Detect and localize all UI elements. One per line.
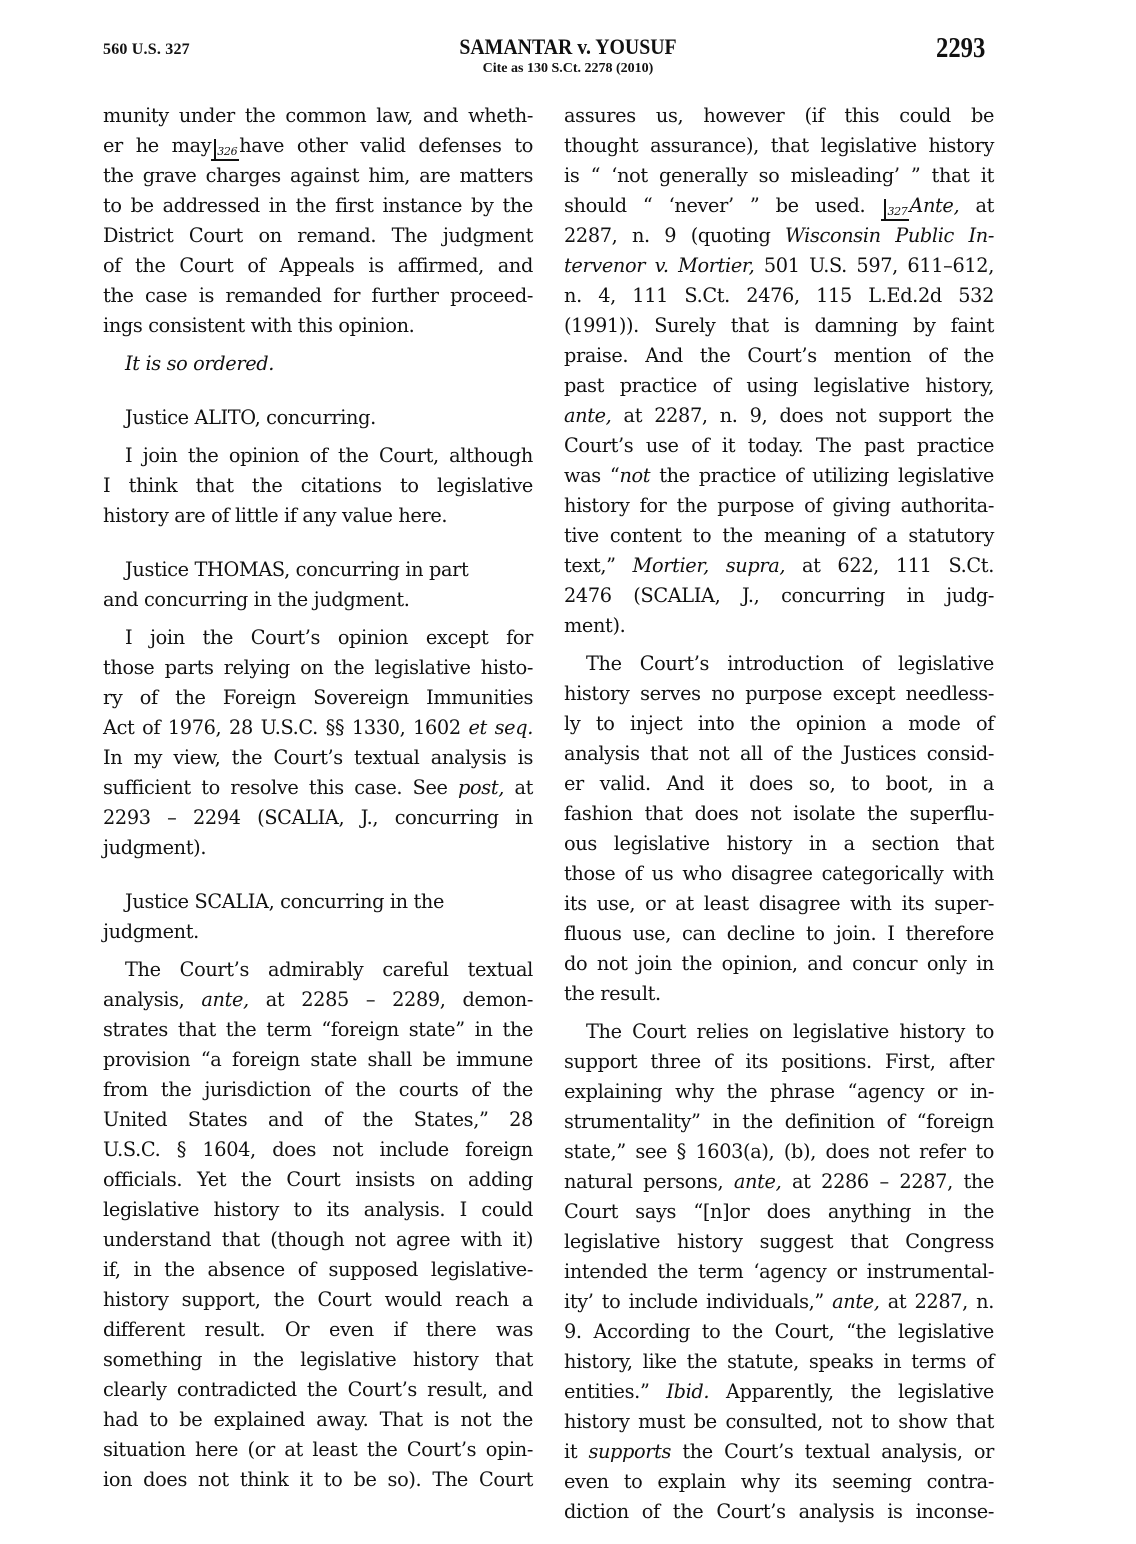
text-line: I think that the citations to legislativ… <box>103 471 533 501</box>
text-line: if, in the absence of supposed legislati… <box>103 1255 533 1285</box>
spacer <box>103 433 533 441</box>
spacer <box>103 615 533 623</box>
text-line: the grave charges against him, are matte… <box>103 161 533 191</box>
text-line: text,” Mortier, supra, at 622, 111 S.Ct. <box>564 551 994 581</box>
text-line: thought assurance), that legislative his… <box>564 131 994 161</box>
text-line: sufficient to resolve this case. See pos… <box>103 773 533 803</box>
text-span: er he may <box>103 134 211 157</box>
text-line: 2287, n. 9 (quoting Wisconsin Public In- <box>564 221 994 251</box>
text-line: history serves no purpose except needles… <box>564 679 994 709</box>
text-line: I join the Court’s opinion except for <box>103 623 533 653</box>
text-line: analysis that not all of the Justices co… <box>564 739 994 769</box>
text-line: of the Court of Appeals is affirmed, and <box>103 251 533 281</box>
text-span: at <box>504 776 533 799</box>
text-line: and concurring in the judgment. <box>103 585 533 615</box>
text-line: er valid. And it does so, to boot, in a <box>564 769 994 799</box>
text-line: n. 4, 111 S.Ct. 2476, 115 L.Ed.2d 532 <box>564 281 994 311</box>
text-span: analysis, <box>103 988 201 1011</box>
text-line: The Court’s introduction of legislative <box>564 649 994 679</box>
so-ordered: It is so ordered. <box>103 349 533 379</box>
text-line: the result. <box>564 979 994 1009</box>
italic-span: ante, <box>832 1290 879 1313</box>
text-line: clearly contradicted the Court’s result,… <box>103 1375 533 1405</box>
text-line: ion does not think it to be so). The Cou… <box>103 1465 533 1495</box>
text-line: praise. And the Court’s mention of the <box>564 341 994 371</box>
text-line: is “ ‘not generally so misleading’ ” tha… <box>564 161 994 191</box>
text-line: Justice THOMAS, concurring in part <box>103 555 533 585</box>
text-line: officials. Yet the Court insists on addi… <box>103 1165 533 1195</box>
text-line: judgment. <box>103 917 533 947</box>
text-span: 501 U.S. 597, 611–612, <box>754 254 994 277</box>
text-span: at 2286 – 2287, the <box>781 1170 994 1193</box>
page-break-marker: 326 <box>211 145 239 161</box>
text-line: diction of the Court’s analysis is incon… <box>564 1497 994 1527</box>
spacer <box>103 863 533 887</box>
text-line: history are of little if any value here. <box>103 501 533 531</box>
text-line: support three of its positions. First, a… <box>564 1047 994 1077</box>
paragraph-scalia-2: The Court’s introduction of legislative … <box>564 649 994 1009</box>
right-column: assures us, however (if this could be th… <box>564 101 994 1527</box>
text-line: assures us, however (if this could be <box>564 101 994 131</box>
text-line: The Court’s admirably careful textual <box>103 955 533 985</box>
text-line: state,” see § 1603(a), (b), does not ref… <box>564 1137 994 1167</box>
text-line: situation here (or at least the Court’s … <box>103 1435 533 1465</box>
document-page: 560 U.S. 327 SAMANTAR v. YOUSUF Cite as … <box>0 0 1136 1544</box>
text-line: tervenor v. Mortier, 501 U.S. 597, 611–6… <box>564 251 994 281</box>
text-line: those parts relying on the legislative h… <box>103 653 533 683</box>
text-span: 2287, n. 9 (quoting <box>564 224 785 247</box>
text-line: Act of 1976, 28 U.S.C. §§ 1330, 1602 et … <box>103 713 533 743</box>
text-line: fashion that does not isolate the superf… <box>564 799 994 829</box>
text-line: fluous use, can decline to join. I there… <box>564 919 994 949</box>
text-line: do not join the opinion, and concur only… <box>564 949 994 979</box>
italic-span: Ibid. <box>666 1380 709 1403</box>
text-line: should “ ‘never’ ” be used. 327Ante, at <box>564 191 994 221</box>
text-span: the Court’s textual analysis, or <box>671 1440 994 1463</box>
text-line: was “not the practice of utilizing legis… <box>564 461 994 491</box>
running-header: SAMANTAR v. YOUSUF Cite as 130 S.Ct. 227… <box>368 34 768 78</box>
spacer <box>103 531 533 555</box>
text-span: at <box>959 194 994 217</box>
italic-span: ante, <box>734 1170 781 1193</box>
italic-span: et seq. <box>468 716 533 739</box>
paragraph-remand: munity under the common law, and wheth- … <box>103 101 533 341</box>
text-line: history, like the statute, speaks in ter… <box>564 1347 994 1377</box>
spacer <box>103 947 533 955</box>
paragraph-alito: I join the opinion of the Court, althoug… <box>103 441 533 531</box>
italic-span: Mortier, supra, <box>633 554 786 577</box>
text-span: the practice of utilizing legislative <box>650 464 994 487</box>
text-line: provision “a foreign state shall be immu… <box>103 1045 533 1075</box>
text-line: the case is remanded for further proceed… <box>103 281 533 311</box>
text-line: ry of the Foreign Sovereign Immunities <box>103 683 533 713</box>
text-span: should “ ‘never’ ” be used. <box>564 194 881 217</box>
text-line: Court’s use of it today. The past practi… <box>564 431 994 461</box>
text-line: entities.” Ibid. Apparently, the legisla… <box>564 1377 994 1407</box>
text-line: past practice of using legislative histo… <box>564 371 994 401</box>
text-line: it supports the Court’s textual analysis… <box>564 1437 994 1467</box>
text-line: different result. Or even if there was <box>103 1315 533 1345</box>
text-span: ity’ to include individuals,” <box>564 1290 832 1313</box>
text-line: something in the legislative history tha… <box>103 1345 533 1375</box>
scalia-heading: Justice SCALIA, concurring in the judgme… <box>103 887 533 947</box>
text-line: 9. According to the Court, “the legislat… <box>564 1317 994 1347</box>
spacer <box>564 1009 994 1017</box>
italic-span: ante, <box>201 988 248 1011</box>
cite-line: Cite as 130 S.Ct. 2278 (2010) <box>368 60 768 78</box>
text-line: analysis, ante, at 2285 – 2289, demon- <box>103 985 533 1015</box>
text-line: strumentality” in the definition of “for… <box>564 1107 994 1137</box>
text-span: text,” <box>564 554 633 577</box>
text-line: ly to inject into the opinion a mode of <box>564 709 994 739</box>
text-line: munity under the common law, and wheth- <box>103 101 533 131</box>
text-span: at 2285 – 2289, demon- <box>249 988 533 1011</box>
text-line: 2476 (SCALIA, J., concurring in judg- <box>564 581 994 611</box>
text-line: natural persons, ante, at 2286 – 2287, t… <box>564 1167 994 1197</box>
text-span: natural persons, <box>564 1170 734 1193</box>
text-line: even to explain why its seeming contra- <box>564 1467 994 1497</box>
text-line: history must be consulted, not to show t… <box>564 1407 994 1437</box>
italic-span: not <box>619 464 650 487</box>
text-line: ous legislative history in a section tha… <box>564 829 994 859</box>
paragraph-scalia-1-cont: assures us, however (if this could be th… <box>564 101 994 641</box>
italic-span: Ante, <box>909 194 959 217</box>
text-line: from the jurisdiction of the courts of t… <box>103 1075 533 1105</box>
text-line: 2293 – 2294 (SCALIA, J., concurring in <box>103 803 533 833</box>
text-line: ante, at 2287, n. 9, does not support th… <box>564 401 994 431</box>
text-span: have other valid defenses to <box>239 134 533 157</box>
text-line: history support, the Court would reach a <box>103 1285 533 1315</box>
text-line: (1991)). Surely that is damning by faint <box>564 311 994 341</box>
paragraph-thomas: I join the Court’s opinion except for th… <box>103 623 533 863</box>
text-line: those of us who disagree categorically w… <box>564 859 994 889</box>
text-line: understand that (though not agree with i… <box>103 1225 533 1255</box>
page-number: 2293 <box>936 33 985 65</box>
text-line: er he may326have other valid defenses to <box>103 131 533 161</box>
italic-span: supports <box>588 1440 671 1463</box>
text-span: was “ <box>564 464 619 487</box>
text-line: District Court on remand. The judgment <box>103 221 533 251</box>
text-line: ity’ to include individuals,” ante, at 2… <box>564 1287 994 1317</box>
text-line: judgment). <box>103 833 533 863</box>
text-line: history for the purpose of giving author… <box>564 491 994 521</box>
text-span: at 622, 111 S.Ct. <box>785 554 994 577</box>
italic-span: post, <box>458 776 504 799</box>
text-span: at 2287, n. 9, does not support the <box>611 404 994 427</box>
text-line: intended the term ‘agency or instrumenta… <box>564 1257 994 1287</box>
text-line: had to be explained away. That is not th… <box>103 1405 533 1435</box>
text-line: The Court relies on legislative history … <box>564 1017 994 1047</box>
text-span: Act of 1976, 28 U.S.C. §§ 1330, 1602 <box>103 716 468 739</box>
paragraph-scalia-3: The Court relies on legislative history … <box>564 1017 994 1527</box>
text-span: at 2287, n. <box>880 1290 994 1313</box>
text-line: United States and of the States,” 28 <box>103 1105 533 1135</box>
thomas-heading: Justice THOMAS, concurring in part and c… <box>103 555 533 615</box>
text-line: tive content to the meaning of a statuto… <box>564 521 994 551</box>
paragraph-scalia-1: The Court’s admirably careful textual an… <box>103 955 533 1495</box>
text-span: Apparently, the legislative <box>709 1380 994 1403</box>
reporter-citation: 560 U.S. 327 <box>103 41 190 59</box>
spacer <box>103 379 533 403</box>
text-line: ment). <box>564 611 994 641</box>
text-line: ings consistent with this opinion. <box>103 311 533 341</box>
text-line: I join the opinion of the Court, althoug… <box>103 441 533 471</box>
text-line: legislative history suggest that Congres… <box>564 1227 994 1257</box>
italic-span: ante, <box>564 404 611 427</box>
text-span: entities.” <box>564 1380 666 1403</box>
text-line: Court says “[n]or does anything in the <box>564 1197 994 1227</box>
text-line: explaining why the phrase “agency or in- <box>564 1077 994 1107</box>
italic-span: tervenor v. Mortier, <box>564 254 754 277</box>
italic-span: Wisconsin Public In- <box>785 224 994 247</box>
text-line: strates that the term “foreign state” in… <box>103 1015 533 1045</box>
spacer <box>564 641 994 649</box>
text-line: to be addressed in the first instance by… <box>103 191 533 221</box>
alito-heading: Justice ALITO, concurring. <box>103 403 533 433</box>
text-line: Justice SCALIA, concurring in the <box>103 887 533 917</box>
text-span: sufficient to resolve this case. See <box>103 776 458 799</box>
left-column: munity under the common law, and wheth- … <box>103 101 533 1495</box>
case-title: SAMANTAR v. YOUSUF <box>388 34 748 60</box>
text-line: legislative history to its analysis. I c… <box>103 1195 533 1225</box>
text-line: its use, or at least disagree with its s… <box>564 889 994 919</box>
text-line: U.S.C. § 1604, does not include foreign <box>103 1135 533 1165</box>
text-line: In my view, the Court’s textual analysis… <box>103 743 533 773</box>
page-break-marker: 327 <box>881 205 909 221</box>
spacer <box>103 341 533 349</box>
text-span: it <box>564 1440 588 1463</box>
